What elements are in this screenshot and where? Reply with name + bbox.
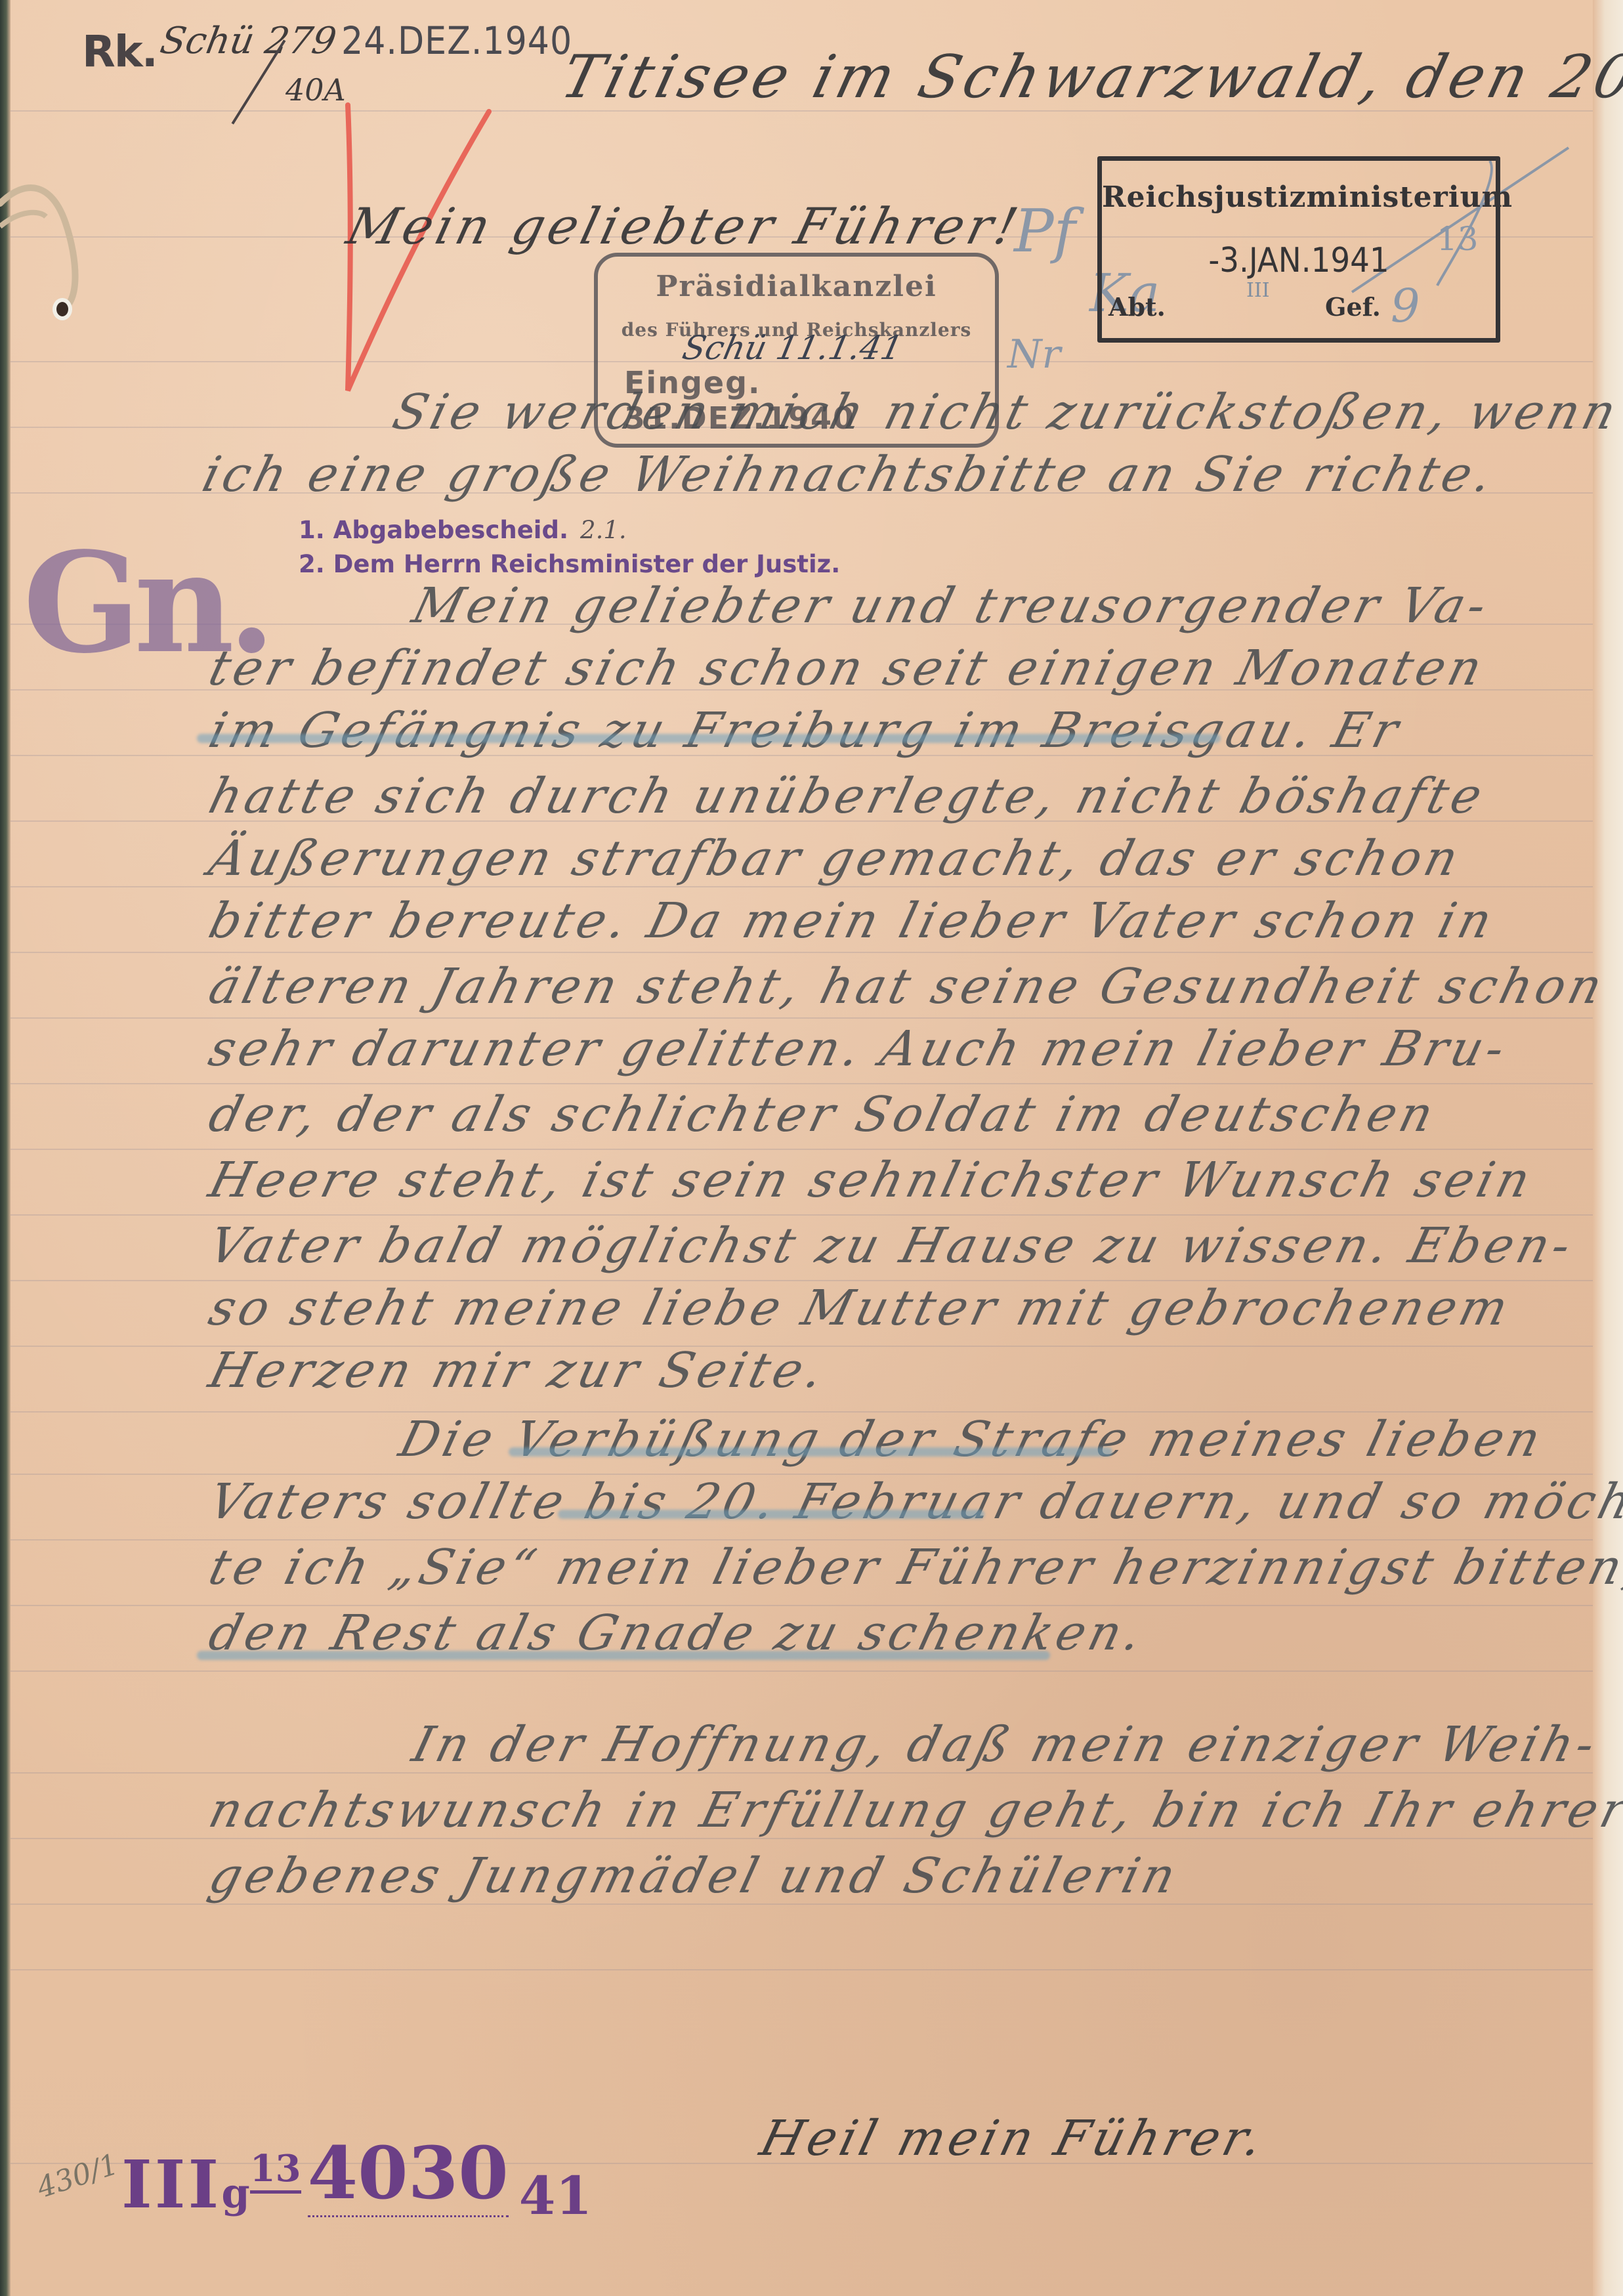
file-number-year: 41: [519, 2165, 592, 2226]
pencil-initials: Nr: [1007, 331, 1061, 377]
letter-line: hatte sich durch unüberlegte, nicht bösh…: [203, 768, 1492, 824]
letter-line: ich eine große Weihnachtsbitte an Sie ri…: [197, 446, 1502, 503]
file-number-superscript: 13: [250, 2147, 301, 2194]
letter-line: Äußerungen strafbar gemacht, das er scho…: [203, 830, 1467, 887]
file-number-sub: g: [221, 2169, 249, 2217]
binding-edge: [0, 0, 11, 2296]
file-number-prefix: III: [121, 2146, 221, 2223]
ruled-line: [11, 1017, 1593, 1019]
letter-line: Vater bald möglichst zu Hause zu wissen.…: [203, 1218, 1580, 1274]
closing-line: In der Hoffnung, daß mein einziger Weih-: [407, 1716, 1604, 1773]
letter-line: Sie werden mich nicht zurückstoßen, wenn: [387, 384, 1623, 440]
reichsjustizministerium-stamp: Reichsjustizministerium -3.JAN.1941 Abt.…: [1097, 156, 1500, 343]
received-date-stamp: 24.DEZ.1940: [341, 18, 572, 63]
ruled-line: [11, 1670, 1593, 1672]
stamp-line-1: Präsidialkanzlei: [598, 270, 995, 303]
letter-line: bitter bereute. Da mein lieber Vater sch…: [203, 893, 1502, 949]
closing-line: gebenes Jungmädel und Schülerin: [203, 1848, 1185, 1904]
letter-line: älteren Jahren steht, hat seine Gesundhe…: [203, 958, 1612, 1015]
letter-line: im Gefängnis zu Freiburg im Breisgau. Er: [203, 702, 1408, 759]
stamp-title: Reichsjustizministerium: [1102, 181, 1496, 214]
letter-line: sehr darunter gelitten. Auch mein lieber…: [203, 1021, 1514, 1077]
stamp-abt-value: III: [1246, 279, 1270, 302]
blue-underline: [197, 1651, 1050, 1660]
blue-underline: [509, 1447, 1112, 1456]
pencil-initials: Pf: [1014, 197, 1076, 266]
processing-note-item: 1. Abgabebescheid.2.1.: [299, 513, 840, 547]
ruled-line: [11, 1969, 1593, 1970]
place-and-date: Titisee im Schwarzwald, den 20.12.40.: [555, 43, 1623, 112]
letter-line: Herzen mir zur Seite.: [203, 1342, 833, 1399]
letter-line: Die Verbüßung der Strafe meines lieben: [394, 1411, 1549, 1468]
letter-line: so steht meine liebe Mutter mit gebroche…: [203, 1280, 1517, 1336]
salutation: Mein geliebter Führer!: [341, 197, 1027, 255]
stamp-pencil-mark: 9: [1391, 279, 1420, 333]
registry-prefix: Rk.: [82, 26, 157, 77]
letter-line: der, der als schlichter Soldat im deutsc…: [203, 1086, 1443, 1143]
ruled-line: [11, 1214, 1593, 1216]
letter-line: te ich „Sie“ mein lieber Führer herzinni…: [203, 1539, 1623, 1596]
file-number-main: 4030: [308, 2131, 509, 2217]
processing-notes: 1. Abgabebescheid.2.1. 2. Dem Herrn Reic…: [299, 513, 840, 582]
ruled-line: [11, 1149, 1593, 1150]
processing-note-item: 2. Dem Herrn Reichsminister der Justiz.: [299, 547, 840, 582]
letter-line: Vaters sollte bis 20. Februar dauern, un…: [203, 1474, 1623, 1530]
pencil-margin-number: 430/1: [33, 2148, 122, 2205]
stamp-abt-label: Abt.: [1108, 292, 1166, 322]
handwritten-note: 2.1.: [580, 516, 627, 544]
blue-underline: [197, 734, 1221, 743]
stamp-handwritten-ref: Schü 11.1.41: [679, 329, 906, 367]
ruled-line: [11, 1083, 1593, 1084]
page-edge: [1593, 0, 1623, 2296]
closing-line: nachtswunsch in Erfüllung geht, bin ich …: [203, 1782, 1623, 1839]
sign-off: Heil mein Führer.: [755, 2110, 1272, 2167]
letter-line: Mein geliebter und treusorgender Va-: [407, 578, 1496, 634]
registry-reference: Schü 279: [157, 20, 339, 62]
blue-underline: [558, 1510, 984, 1519]
letter-line: ter befindet sich schon seit einigen Mon…: [203, 640, 1491, 696]
punch-hole: [56, 302, 68, 316]
stamp-pencil-number: 13: [1437, 220, 1479, 258]
ruled-line: [11, 952, 1593, 953]
letter-line: Heere steht, ist sein sehnlichster Wunsc…: [203, 1152, 1540, 1208]
scanned-letter-page: Rk. Schü 279 40A 24.DEZ.1940 Titisee im …: [0, 0, 1623, 2296]
file-number-stamp: IIIg13403041: [121, 2140, 592, 2224]
stamp-gef-label: Gef.: [1325, 292, 1381, 322]
